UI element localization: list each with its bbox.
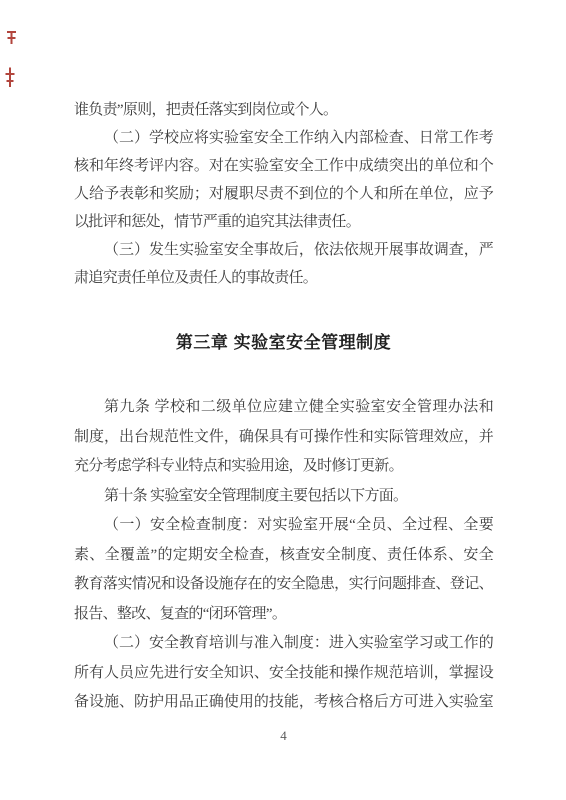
paragraph-item-1-inspection: （一）安全检查制度：对实验室开展“全员、全过程、全要 素、全覆盖”的定期安全检查… <box>74 511 493 629</box>
text-line: 第九条 学校和二级单位应建立健全实验室安全管理办法和 <box>74 393 493 423</box>
chapter-heading: 第三章 实验室安全管理制度 <box>74 328 493 358</box>
text-line: 肃追究责任单位及责任人的事故责任。 <box>74 264 493 292</box>
text-line: 素、全覆盖”的定期安全检查，核查安全制度、责任体系、安全 <box>74 541 493 571</box>
text-line: 充分考虑学科专业特点和实验用途，及时修订更新。 <box>74 452 493 482</box>
paragraph-item-2-training: （二）安全教育培训与准入制度：进入实验室学习或工作的 所有人员应先进行安全知识、… <box>74 629 493 718</box>
paragraph-article-9: 第九条 学校和二级单位应建立健全实验室安全管理办法和 制度，出台规范性文件，确保… <box>74 393 493 482</box>
text-line: （一）安全检查制度：对实验室开展“全员、全过程、全要 <box>74 511 493 541</box>
text-line: 第十条 实验室安全管理制度主要包括以下方面。 <box>74 482 493 512</box>
text-line: 核和年终考评内容。对在实验室安全工作中成绩突出的单位和个 <box>74 152 493 180</box>
text-line: 备设施、防护用品正确使用的技能，考核合格后方可进入实验室 <box>74 688 493 718</box>
text-line: 人给予表彰和奖励；对履职尽责不到位的个人和所在单位，应予 <box>74 180 493 208</box>
text-line: 谁负责”原则，把责任落实到岗位或个人。 <box>74 96 493 124</box>
text-line: （三）发生实验室安全事故后，依法依规开展事故调查，严 <box>74 236 493 264</box>
paragraph-continuation: 谁负责”原则，把责任落实到岗位或个人。 <box>74 96 493 124</box>
text-line: （二）学校应将实验室安全工作纳入内部检查、日常工作考 <box>74 124 493 152</box>
text-line: （二）安全教育培训与准入制度：进入实验室学习或工作的 <box>74 629 493 659</box>
paragraph-item-3: （三）发生实验室安全事故后，依法依规开展事故调查，严 肃追究责任单位及责任人的事… <box>74 236 493 292</box>
page-number: 4 <box>74 728 493 744</box>
red-ink-mark-icon <box>5 29 18 47</box>
text-line: 制度，出台规范性文件，确保具有可操作性和实际管理效应，并 <box>74 423 493 453</box>
document-page: 谁负责”原则，把责任落实到岗位或个人。 （二）学校应将实验室安全工作纳入内部检查… <box>0 0 566 800</box>
paragraph-article-10: 第十条 实验室安全管理制度主要包括以下方面。 <box>74 482 493 512</box>
paragraph-item-2: （二）学校应将实验室安全工作纳入内部检查、日常工作考 核和年终考评内容。对在实验… <box>74 124 493 236</box>
text-line: 教育落实情况和设备设施存在的安全隐患，实行问题排查、登记、 <box>74 570 493 600</box>
red-ink-mark-icon <box>4 66 16 89</box>
text-line: 以批评和惩处，情节严重的追究其法律责任。 <box>74 208 493 236</box>
page-content: 谁负责”原则，把责任落实到岗位或个人。 （二）学校应将实验室安全工作纳入内部检查… <box>74 96 493 718</box>
text-line: 所有人员应先进行安全知识、安全技能和操作规范培训，掌握设 <box>74 659 493 689</box>
text-line: 报告、整改、复查的“闭环管理”。 <box>74 600 493 630</box>
